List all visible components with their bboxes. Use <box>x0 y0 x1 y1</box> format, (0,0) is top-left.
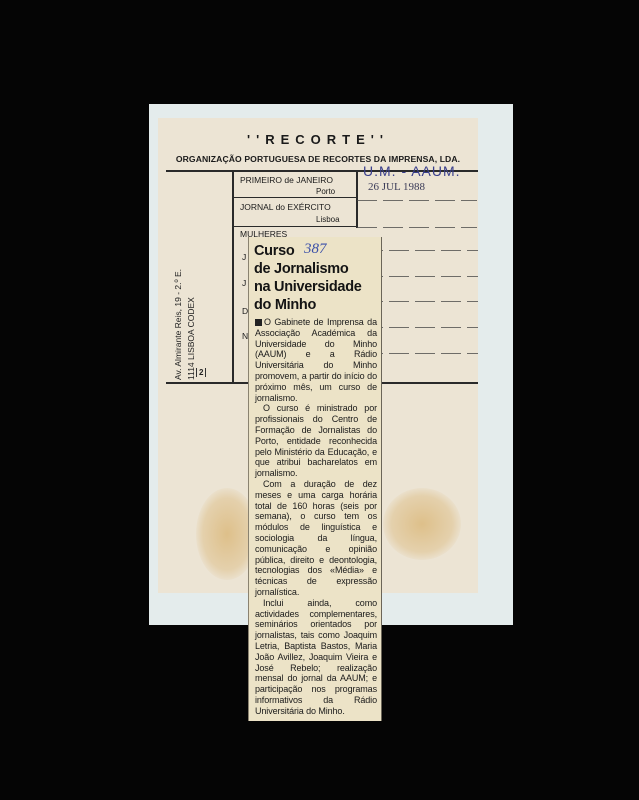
row-rule <box>357 200 477 201</box>
paragraph: O Gabinete de Imprensa da Associação Aca… <box>255 317 377 403</box>
stain <box>383 488 461 560</box>
partial-row-letter: N <box>242 331 248 341</box>
paragraph: O curso é ministrado por profissionais d… <box>255 403 377 479</box>
paragraph: Inclui ainda, como actividades complemen… <box>255 598 377 717</box>
headline-line: de Jornalismo <box>254 260 378 278</box>
publication-city: Lisboa <box>316 215 340 224</box>
bullet-square-icon <box>255 319 262 326</box>
column-divider <box>232 170 234 382</box>
address-block: Av. Almirante Reis, 19 - 2.º E. 1114 LIS… <box>172 269 198 380</box>
paragraph: Com a duração de dez meses e uma carga h… <box>255 479 377 598</box>
publication-city: Porto <box>316 187 335 196</box>
publication-name: JORNAL do EXÉRCITO <box>240 202 331 212</box>
handwritten-number: 387 <box>304 241 327 258</box>
address-line: 1114 LISBOA CODEX <box>185 269 198 380</box>
headline-line: do Minho <box>254 296 378 314</box>
article-body: O Gabinete de Imprensa da Associação Aca… <box>255 317 377 716</box>
handwritten-stamp: U.M. - AAUM. <box>363 163 461 179</box>
partial-row-letter: D <box>242 306 248 316</box>
row-rule <box>232 226 357 227</box>
partial-row-letter: J <box>242 252 246 262</box>
newspaper-clipping: Curso de Jornalismo na Universidade do M… <box>249 237 381 721</box>
publication-name: PRIMEIRO de JANEIRO <box>240 175 333 185</box>
page-number: 2 <box>196 368 206 377</box>
partial-row-letter: J <box>242 278 246 288</box>
headline-line: na Universidade <box>254 278 378 296</box>
publication-divider <box>356 170 358 228</box>
row-rule <box>357 227 477 228</box>
form-title: ''RECORTE'' <box>158 132 478 147</box>
address-line: Av. Almirante Reis, 19 - 2.º E. <box>172 269 185 380</box>
date-stamp: 26 JUL 1988 <box>368 181 425 193</box>
row-rule <box>232 197 357 198</box>
